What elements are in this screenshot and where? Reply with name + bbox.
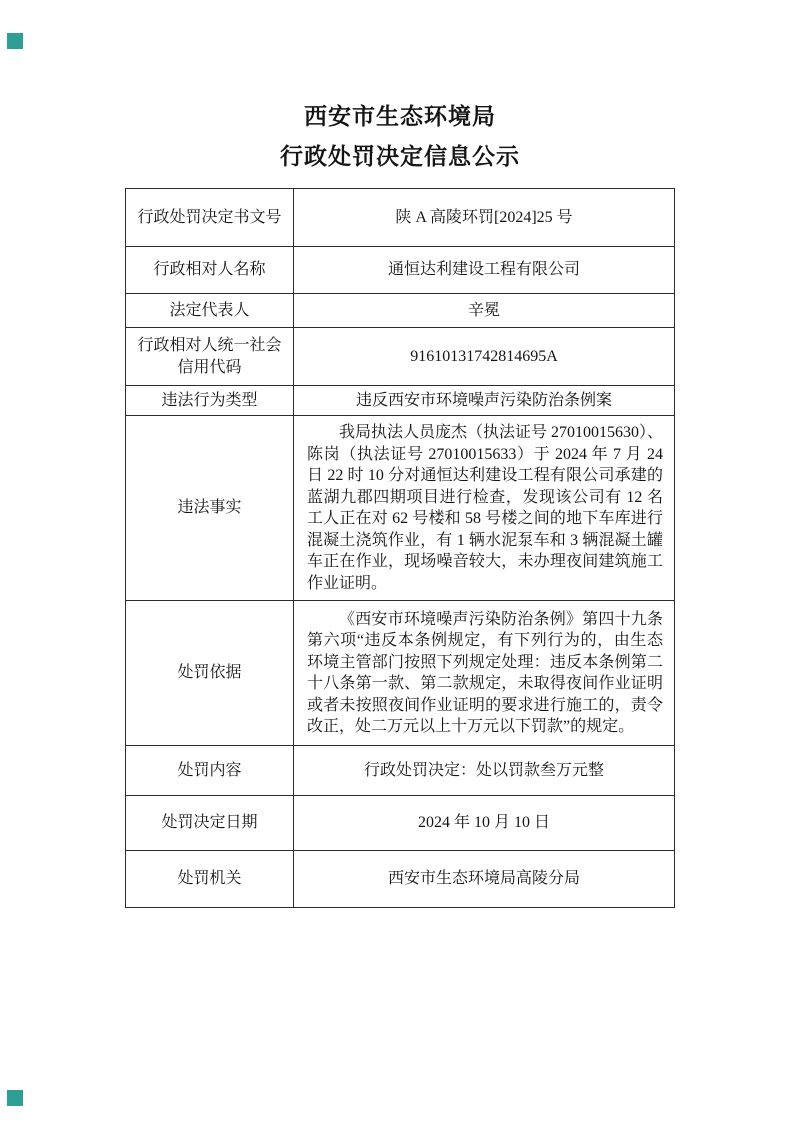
penalty-info-table: 行政处罚决定书文号 陕 A 高陵环罚[2024]25 号 行政相对人名称 通恒达… — [125, 188, 675, 908]
row-penalty-content: 处罚内容 行政处罚决定：处以罚款叁万元整 — [126, 746, 675, 796]
row-penalty-decision-date: 处罚决定日期 2024 年 10 月 10 日 — [126, 796, 675, 851]
row-label-line1: 行政相对人统一社会 — [130, 335, 289, 357]
row-legal-representative: 法定代表人 辛冕 — [126, 294, 675, 328]
row-value: 行政处罚决定：处以罚款叁万元整 — [294, 746, 675, 796]
teal-corner-mark-bottom — [7, 1090, 23, 1106]
row-label: 行政相对人名称 — [126, 247, 294, 294]
row-value: 2024 年 10 月 10 日 — [294, 796, 675, 851]
row-credit-code: 行政相对人统一社会 信用代码 91610131742814695A — [126, 328, 675, 386]
row-violation-facts: 违法事实 我局执法人员庞杰（执法证号 27010015630）、陈岗（执法证号 … — [126, 416, 675, 601]
row-decision-doc-number: 行政处罚决定书文号 陕 A 高陵环罚[2024]25 号 — [126, 189, 675, 247]
row-value: 违反西安市环境噪声污染防治条例案 — [294, 386, 675, 416]
row-label: 行政处罚决定书文号 — [126, 189, 294, 247]
row-label: 处罚机关 — [126, 851, 294, 908]
teal-corner-mark-top — [7, 33, 23, 49]
row-value: 91610131742814695A — [294, 328, 675, 386]
document-subtitle: 行政处罚决定信息公示 — [0, 142, 800, 172]
row-label: 处罚决定日期 — [126, 796, 294, 851]
row-value: 陕 A 高陵环罚[2024]25 号 — [294, 189, 675, 247]
row-value: 通恒达利建设工程有限公司 — [294, 247, 675, 294]
row-label: 行政相对人统一社会 信用代码 — [126, 328, 294, 386]
row-value: 我局执法人员庞杰（执法证号 27010015630）、陈岗（执法证号 27010… — [294, 416, 675, 601]
row-value: 西安市生态环境局高陵分局 — [294, 851, 675, 908]
document-title: 西安市生态环境局 — [0, 0, 800, 132]
row-violation-type: 违法行为类型 违反西安市环境噪声污染防治条例案 — [126, 386, 675, 416]
row-party-name: 行政相对人名称 通恒达利建设工程有限公司 — [126, 247, 675, 294]
row-value: 《西安市环境噪声污染防治条例》第四十九条第六项“违反本条例规定，有下列行为的，由… — [294, 601, 675, 746]
row-label: 处罚内容 — [126, 746, 294, 796]
row-label: 处罚依据 — [126, 601, 294, 746]
row-label: 法定代表人 — [126, 294, 294, 328]
document-page: { "page": { "title_line1": "西安市生态环境局", "… — [0, 0, 800, 1130]
row-value: 辛冕 — [294, 294, 675, 328]
row-penalty-authority: 处罚机关 西安市生态环境局高陵分局 — [126, 851, 675, 908]
row-label-line2: 信用代码 — [130, 357, 289, 379]
row-label: 违法行为类型 — [126, 386, 294, 416]
row-label: 违法事实 — [126, 416, 294, 601]
row-penalty-basis: 处罚依据 《西安市环境噪声污染防治条例》第四十九条第六项“违反本条例规定，有下列… — [126, 601, 675, 746]
